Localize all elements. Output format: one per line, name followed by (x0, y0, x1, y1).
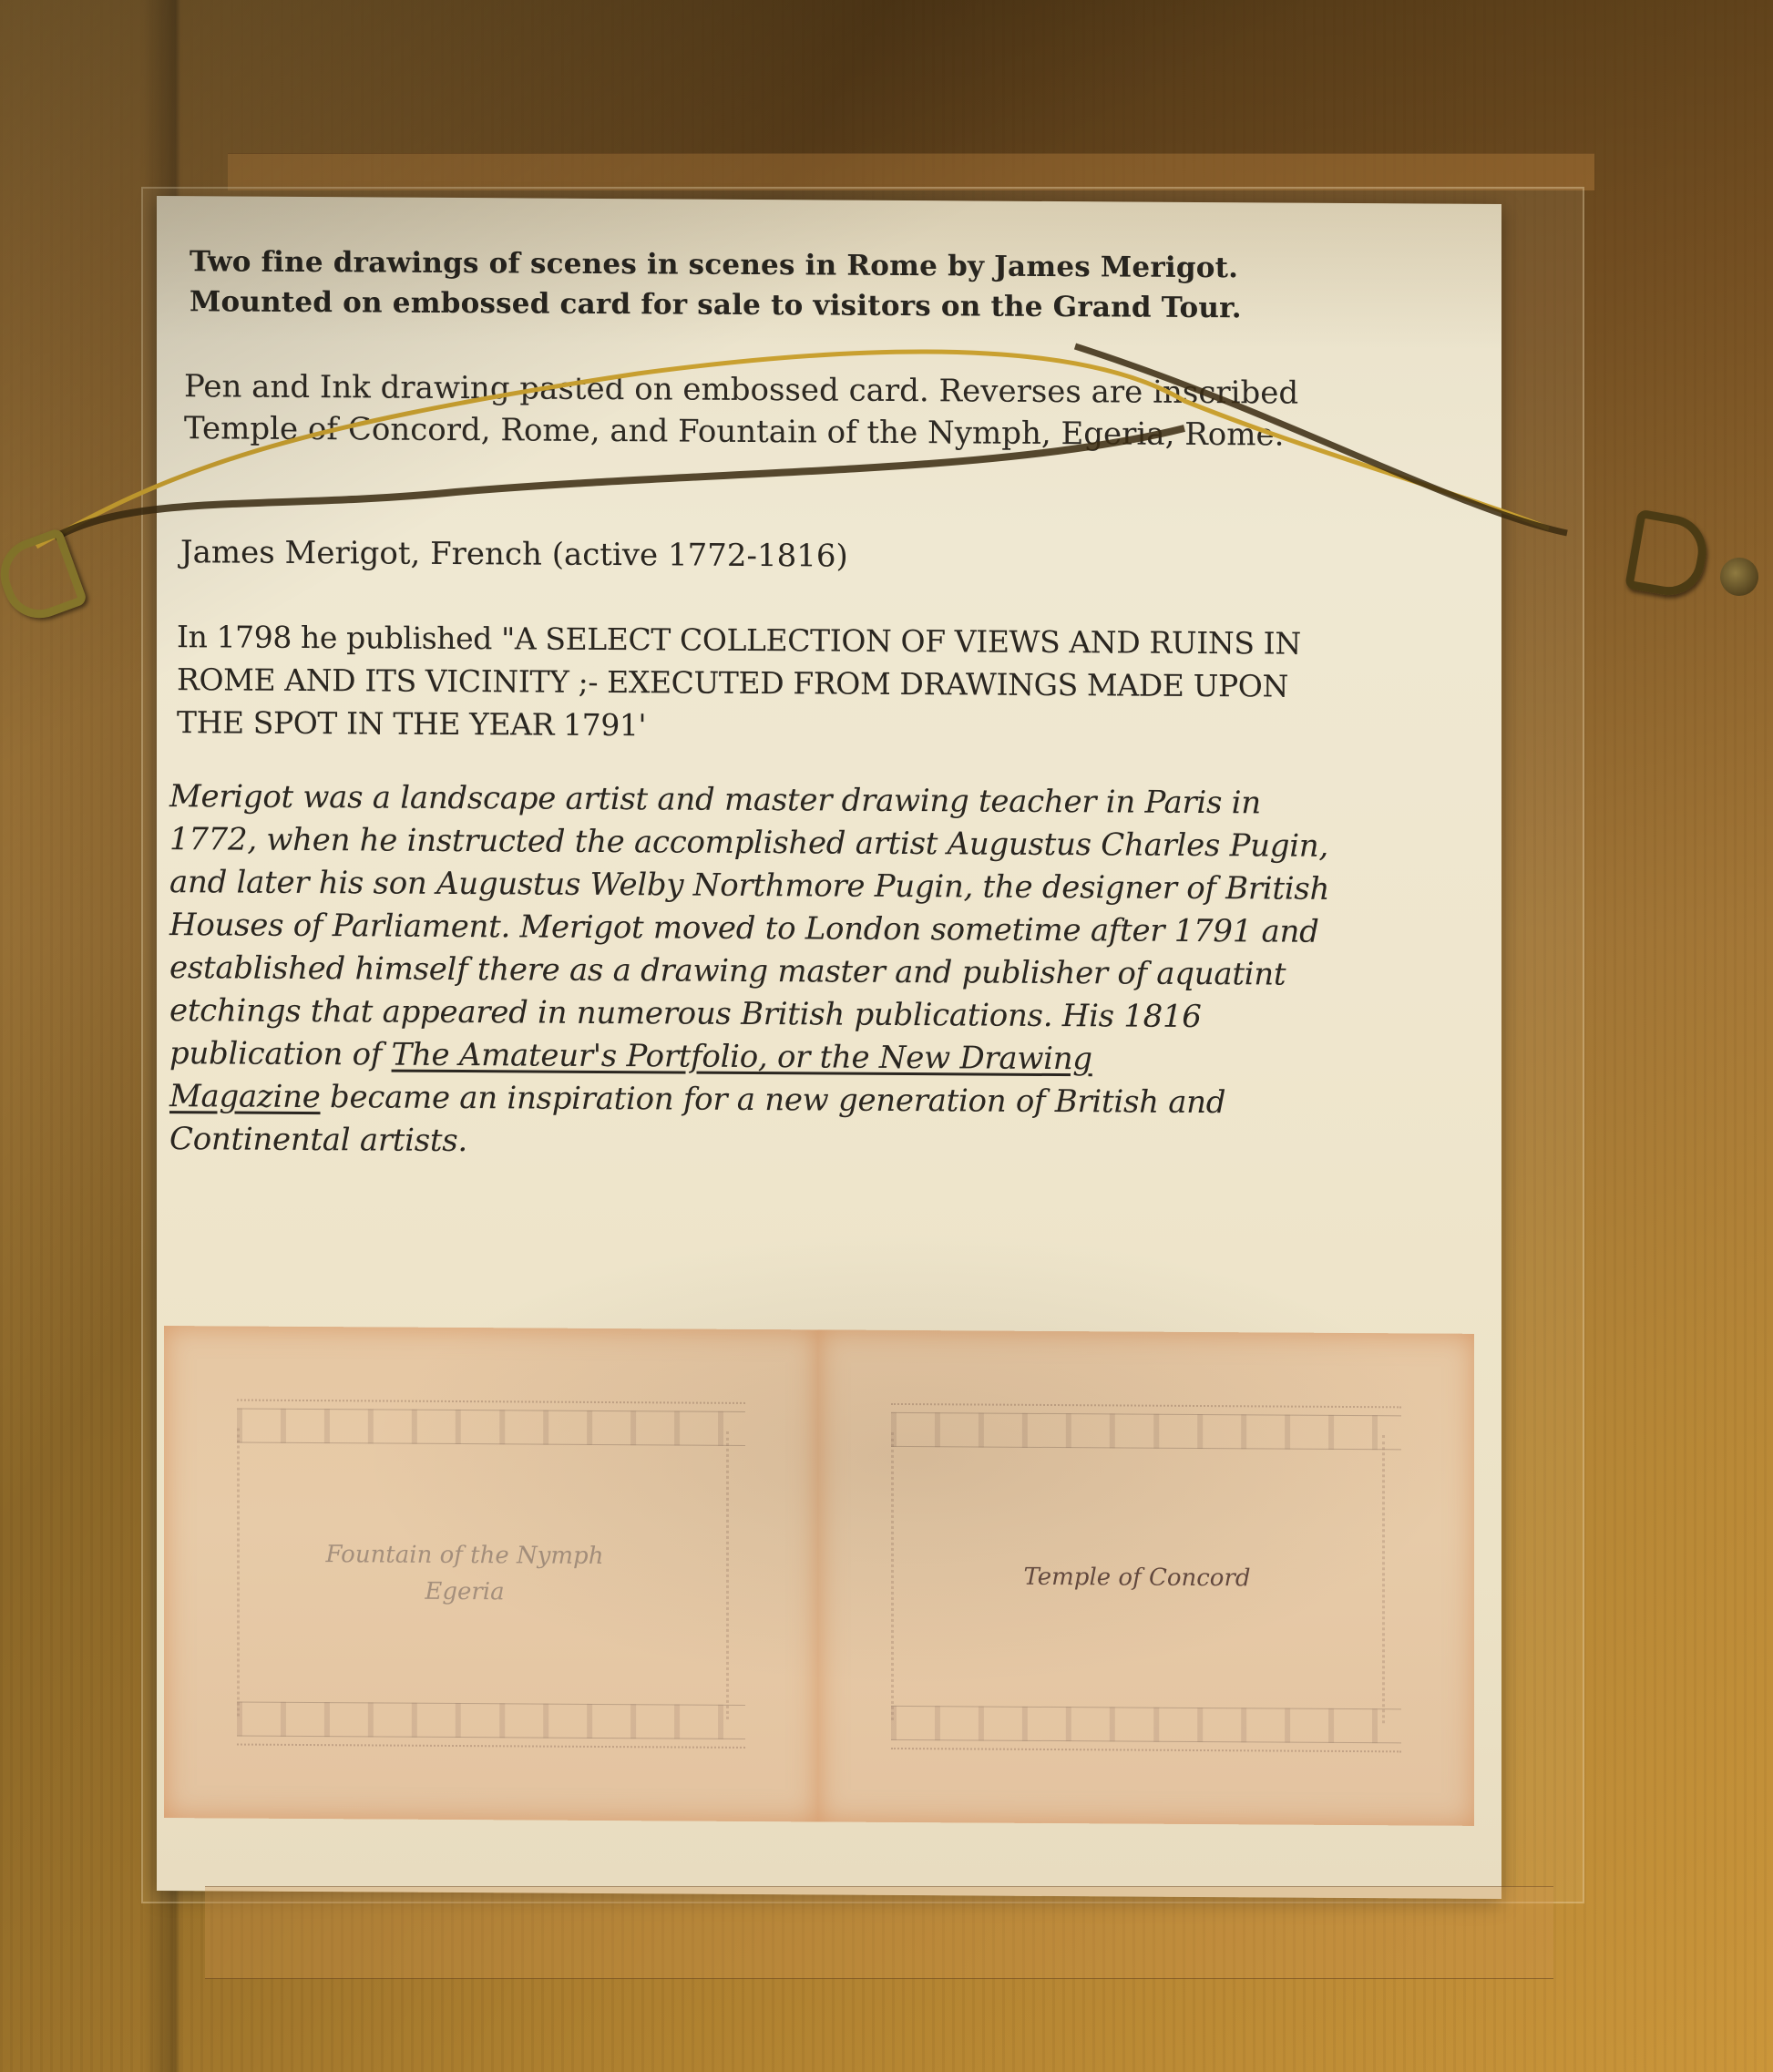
handwritten-inscription: Fountain of the Nymph Egeria (273, 1536, 656, 1612)
bio-line: Continental artists. (169, 1118, 1500, 1169)
bio-text: publication of (169, 1035, 392, 1072)
inscription-line: Egeria (273, 1573, 656, 1612)
handwritten-inscription: Temple of Concord (964, 1558, 1310, 1596)
label-heading: Two fine drawings of scenes in scenes in… (190, 241, 1465, 330)
bottom-tape-strip (205, 1886, 1553, 1979)
artist-attribution: James Merigot, French (active 1772-1816) (180, 531, 1474, 581)
embossed-band (237, 1409, 745, 1446)
publication-line: THE SPOT IN THE YEAR 1791' (177, 701, 1489, 752)
inscription-line: Temple of Concord (964, 1558, 1310, 1596)
inscription-line: Fountain of the Nymph (273, 1536, 656, 1575)
publication-note: In 1798 he published "A SELECT COLLECTIO… (177, 615, 1489, 752)
heading-line: Mounted on embossed card for sale to vis… (190, 282, 1465, 330)
book-title: Magazine (169, 1078, 321, 1115)
medium-description: Pen and Ink drawing pasted on embossed c… (184, 365, 1478, 457)
subtext-line: Temple of Concord, Rome, and Fountain of… (184, 407, 1478, 457)
screw-icon (1720, 558, 1758, 596)
description-label-sheet: Two fine drawings of scenes in scenes in… (157, 196, 1501, 1899)
artist-biography: Merigot was a landscape artist and maste… (169, 775, 1500, 1169)
book-title: The Amateur's Portfolio, or the New Draw… (392, 1037, 1092, 1078)
top-tape-strip (228, 153, 1594, 190)
embossed-band (237, 1702, 745, 1739)
embossed-card-temple: Temple of Concord (818, 1329, 1474, 1825)
embossed-band (891, 1412, 1401, 1450)
embossed-band (891, 1706, 1401, 1743)
bio-text: became an inspiration for a new generati… (321, 1079, 1226, 1121)
embossed-card-fountain: Fountain of the Nymph Egeria (164, 1326, 818, 1821)
